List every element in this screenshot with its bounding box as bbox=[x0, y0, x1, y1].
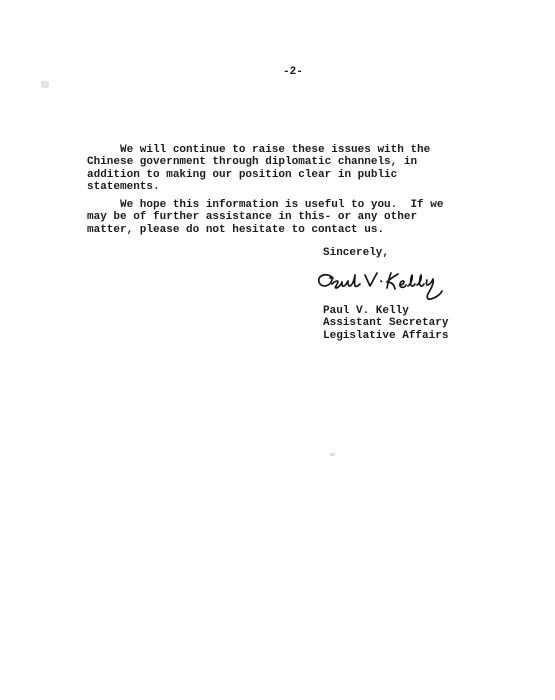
signature-stroke-l2 bbox=[417, 275, 424, 286]
signature-stroke-l1 bbox=[408, 275, 415, 286]
signature-stroke-v bbox=[365, 273, 377, 286]
paragraph-2: We hope this information is useful to yo… bbox=[87, 199, 443, 236]
paragraph-1: We will continue to raise these issues w… bbox=[87, 144, 430, 193]
text-line: statements. bbox=[87, 181, 430, 193]
signer-title: Assistant Secretary bbox=[323, 317, 448, 329]
signer-office: Legislative Affairs bbox=[323, 330, 448, 342]
text-line: matter, please do not hesitate to contac… bbox=[87, 224, 443, 236]
signature-stroke-dot bbox=[381, 281, 382, 282]
text-line: We hope this information is useful to yo… bbox=[87, 199, 443, 211]
text-line: Chinese government through diplomatic ch… bbox=[87, 156, 430, 168]
text-line: may be of further assistance in this- or… bbox=[87, 211, 443, 223]
signature-stroke-paul bbox=[319, 275, 360, 288]
scan-artifact bbox=[41, 81, 49, 88]
handwritten-signature bbox=[313, 268, 449, 308]
letter-page: -2- We will continue to raise these issu… bbox=[0, 0, 555, 700]
signature-stroke-k bbox=[387, 273, 398, 289]
signature-block: Paul V. Kelly Assistant Secretary Legisl… bbox=[323, 305, 448, 342]
text-line: We will continue to raise these issues w… bbox=[87, 144, 430, 156]
signature-stroke-y-tail bbox=[426, 279, 442, 299]
signer-name: Paul V. Kelly bbox=[323, 305, 448, 317]
signature-stroke-e bbox=[400, 281, 406, 287]
scan-artifact bbox=[330, 453, 335, 456]
closing-salutation: Sincerely, bbox=[323, 247, 389, 259]
text-line: addition to making our position clear in… bbox=[87, 169, 430, 181]
page-number: -2- bbox=[283, 66, 303, 78]
